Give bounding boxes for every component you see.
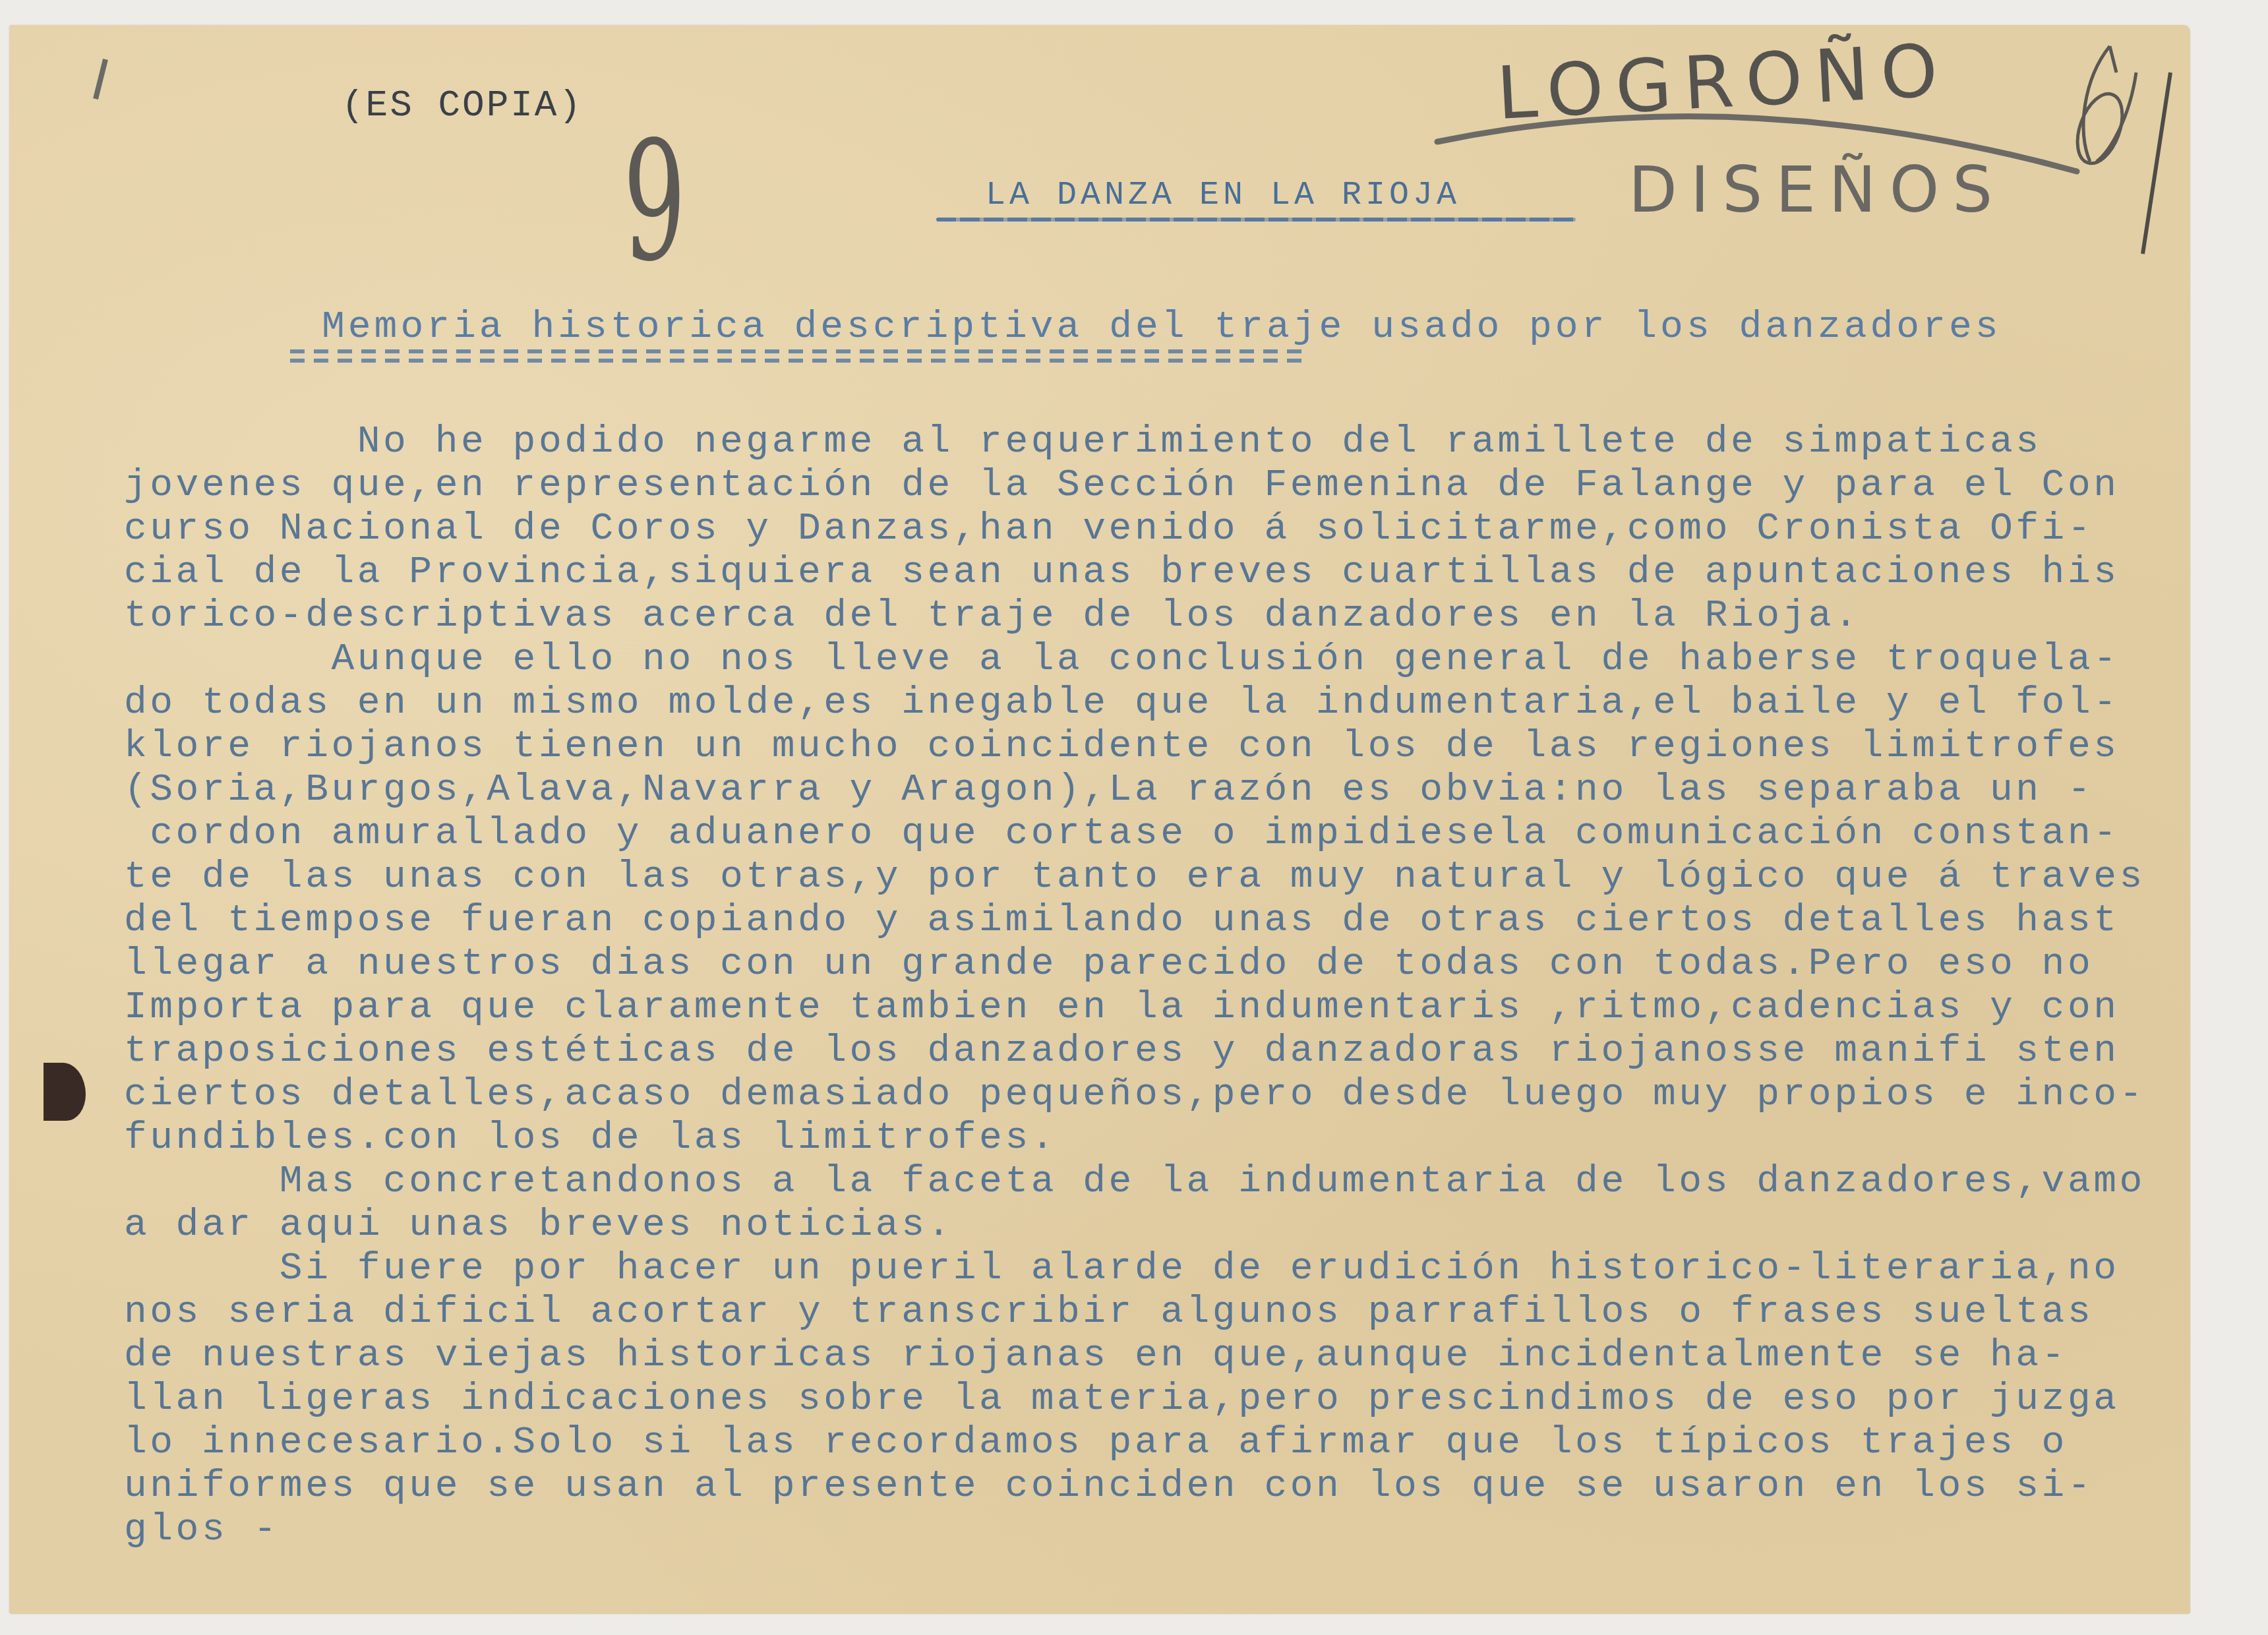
body-line: uniformes que se usan al presente coinci… — [124, 1465, 2093, 1508]
body-line: a dar aqui unas breves noticias. — [124, 1204, 953, 1247]
body-line: klore riojanos tienen un mucho coinciden… — [124, 725, 2120, 769]
body-line: Mas concretandonos a la faceta de la ind… — [124, 1160, 2145, 1204]
body-line: Importa para que claramente tambien en l… — [124, 986, 2120, 1030]
pencil-stroke — [2143, 73, 2170, 254]
body-line: glos - — [124, 1508, 280, 1552]
body-line: cordon amurallado y aduanero que cortase… — [124, 812, 2120, 856]
body-line: te de las unas con las otras,y por tanto… — [124, 856, 2145, 899]
body-line: (Soria,Burgos,Alava,Navarra y Aragon),La… — [124, 769, 2093, 812]
body-line: do todas en un mismo molde,es inegable q… — [124, 682, 2120, 725]
body-line: lo innecesario.Solo si las recordamos pa… — [124, 1421, 2068, 1465]
body-line: Si fuere por hacer un pueril alarde de e… — [124, 1247, 2120, 1291]
document-title: LA DANZA EN LA RIOJA — [986, 177, 1460, 214]
copy-stamp: (ES COPIA) — [342, 84, 583, 127]
body-line: Aunque ello no nos lleve a la conclusión… — [124, 638, 2120, 682]
body-line: No he podido negarme al requerimiento de… — [124, 421, 2042, 464]
document-subtitle: Memoria historica descriptiva del traje … — [322, 306, 2002, 349]
body-line: llegar a nuestros dias con un grande par… — [124, 943, 2093, 986]
subtitle-double-underline — [290, 349, 1305, 364]
title-underline — [936, 218, 1576, 222]
body-line: curso Nacional de Coros y Danzas,han ven… — [124, 508, 2093, 551]
pencil-mark — [96, 59, 105, 99]
body-line: ciertos detalles,acaso demasiado pequeño… — [124, 1073, 2145, 1117]
body-line: nos seria dificil acortar y transcribir … — [124, 1291, 2093, 1334]
body-line: fundibles.con los de las limitrofes. — [124, 1117, 1057, 1160]
body-line: traposiciones estéticas de los danzadore… — [124, 1030, 2120, 1073]
body-line: de nuestras viejas historicas riojanas e… — [124, 1334, 2068, 1378]
body-line: del tiempose fueran copiando y asimiland… — [124, 899, 2120, 943]
body-line: cial de la Provincia,siquiera sean unas … — [124, 551, 2120, 595]
pencil-arc-underline — [1437, 117, 2077, 171]
signature-icon — [2069, 46, 2136, 169]
body-line: jovenes que,en representación de la Secc… — [124, 464, 2120, 508]
body-line: torico-descriptivas acerca del traje de … — [124, 595, 1860, 638]
body-line: llan ligeras indicaciones sobre la mater… — [124, 1378, 2120, 1421]
